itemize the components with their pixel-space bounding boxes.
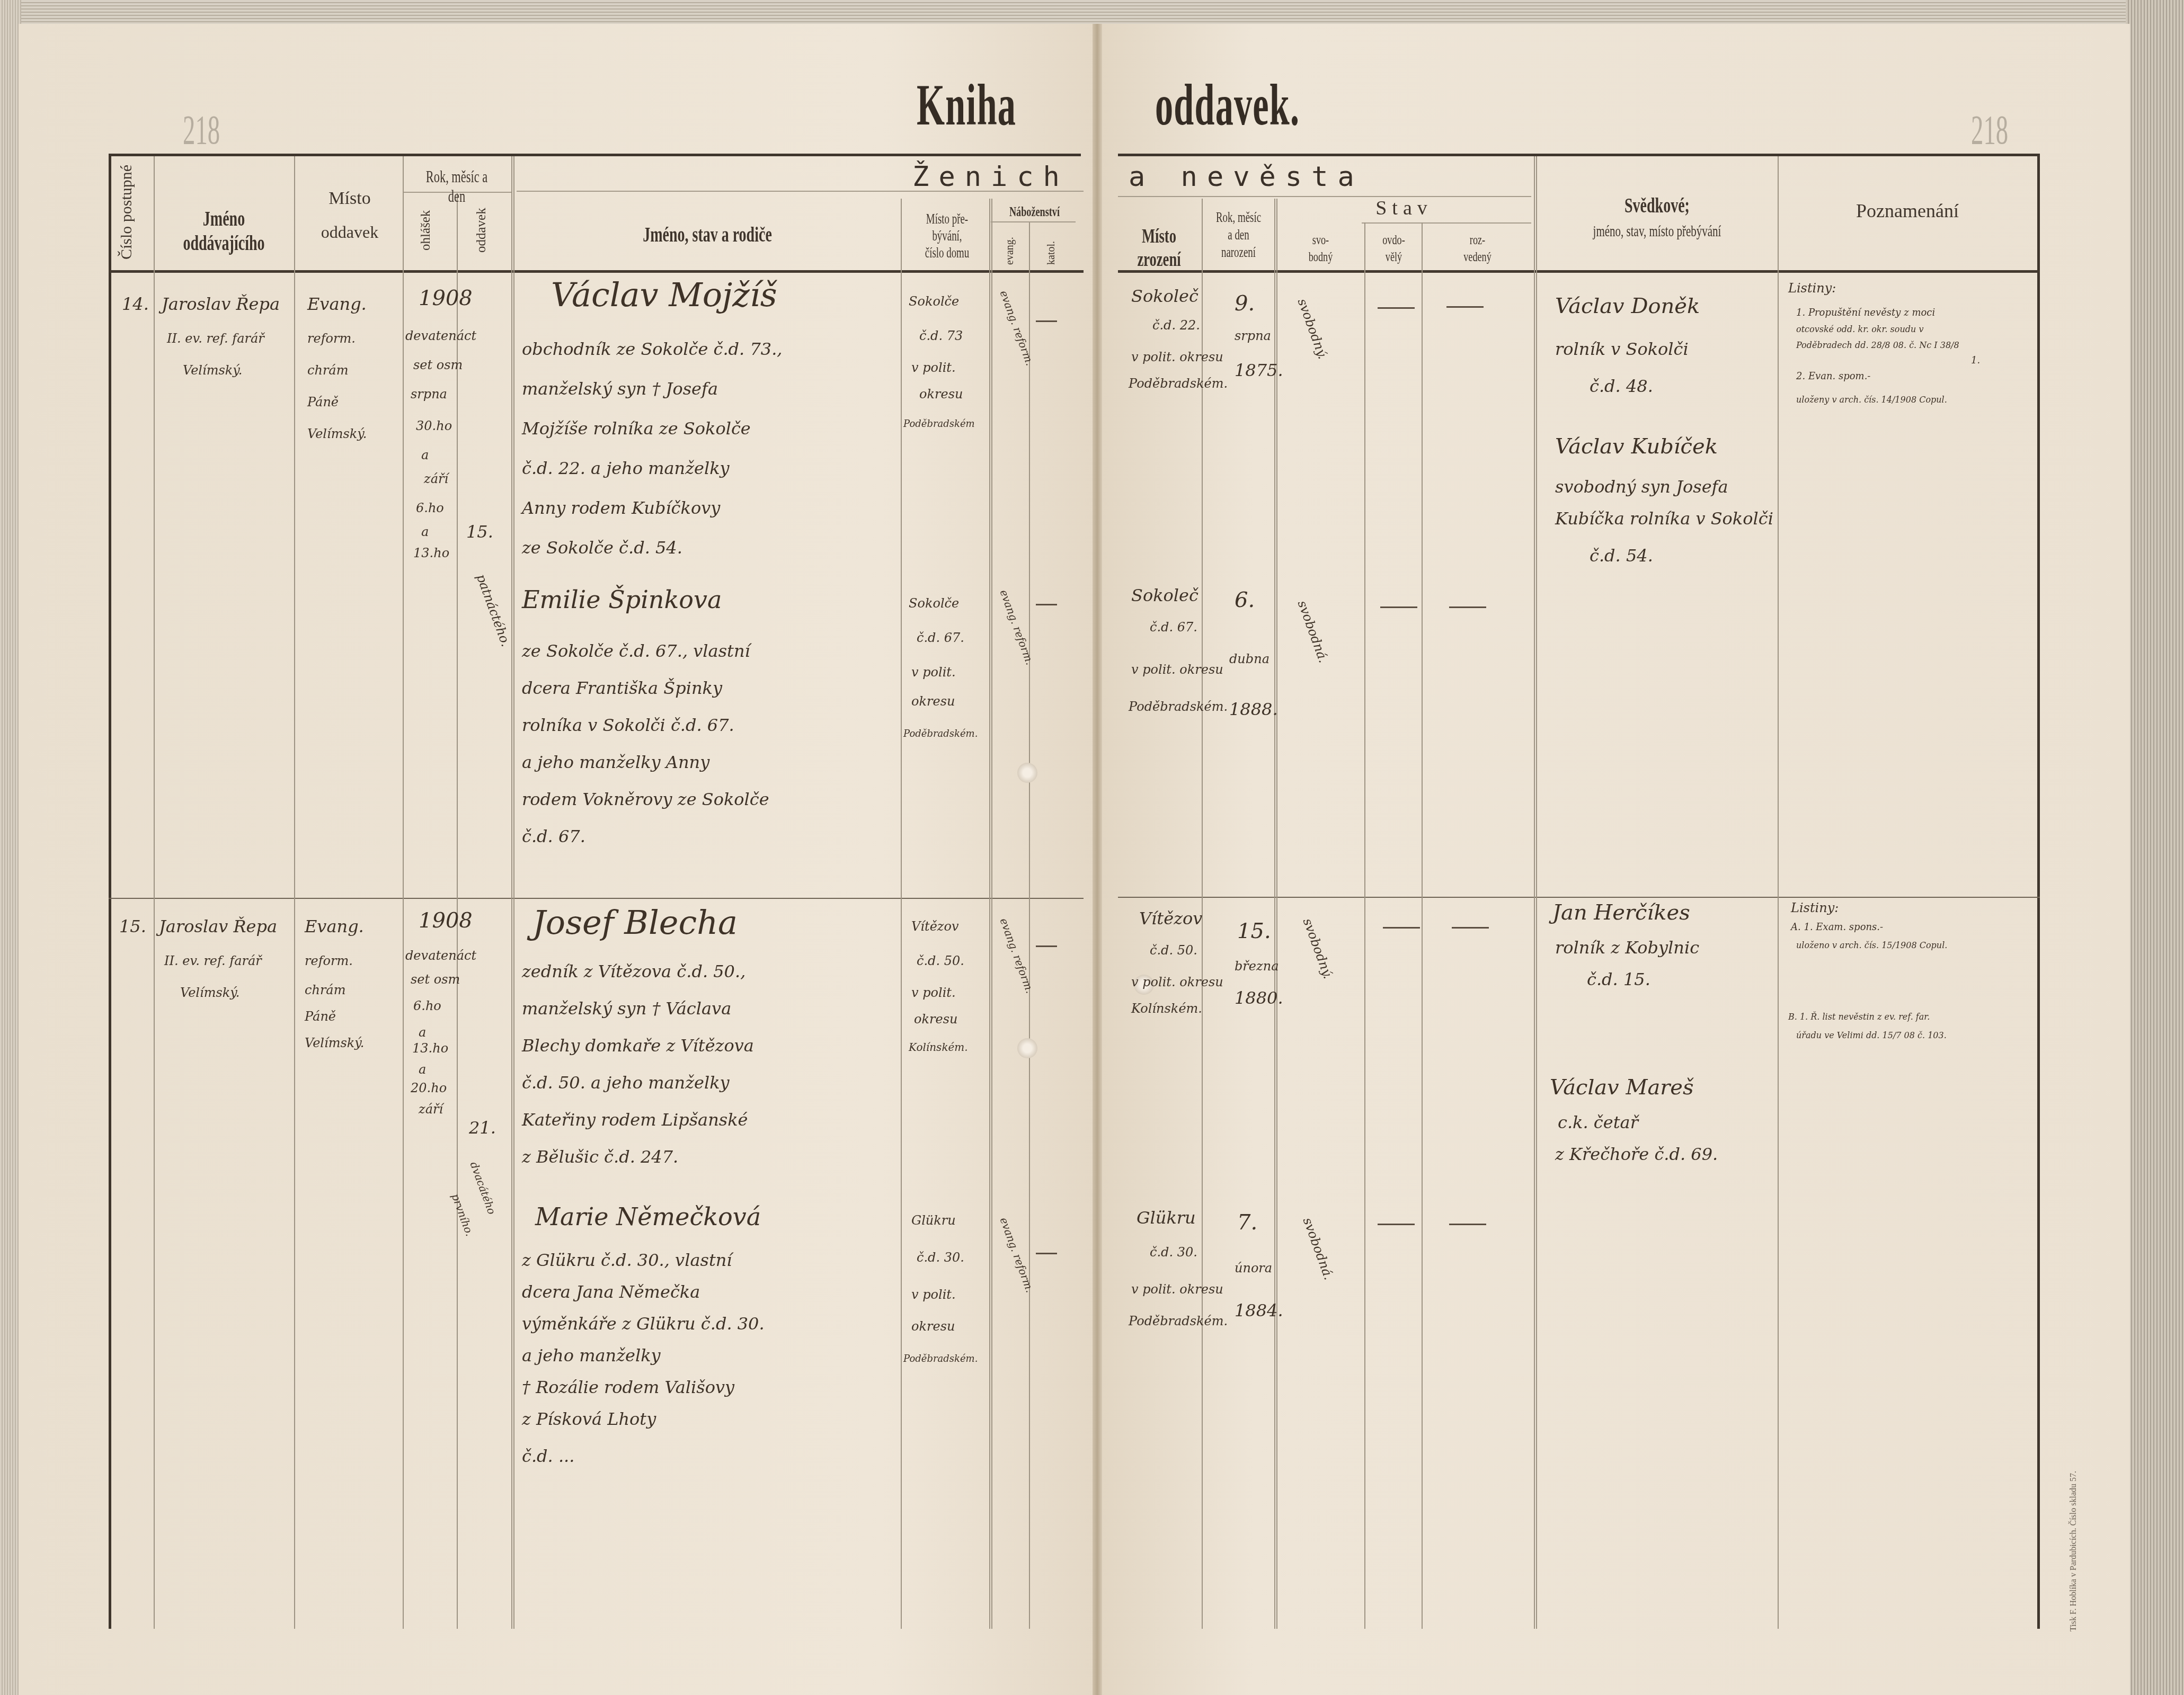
groom-name: Václav Mojžíš <box>551 275 777 314</box>
officiant-place: Velímský. <box>180 985 239 1000</box>
bride-name: Emilie Špinkova <box>522 585 722 614</box>
entry-number: 15. <box>119 916 146 936</box>
header-rok-narozeni-1: Rok, měsíc <box>1213 209 1264 226</box>
banns-date: 20.ho <box>411 1081 447 1095</box>
groom-birthplace: v polit. okresu <box>1131 975 1223 989</box>
entry-divider-left <box>109 898 1084 899</box>
groom-birth-month: srpna <box>1235 328 1271 343</box>
witness-name: Václav Mareš <box>1550 1075 1694 1100</box>
katol-dash <box>1036 320 1057 322</box>
banns-date: 13.ho <box>413 546 449 560</box>
header-ovdovely-1: ovdo- <box>1374 232 1414 248</box>
bride-residence: Poděbradském. <box>903 1353 978 1364</box>
bride-divorced-dash <box>1449 1224 1486 1225</box>
notes-line: uloženo v arch. čís. 15/1908 Copul. <box>1796 940 1947 950</box>
groom-birthplace: Vítězov <box>1139 908 1202 929</box>
col-sep <box>1534 156 1537 1629</box>
bride-birthplace: č.d. 67. <box>1150 620 1197 635</box>
notes-line: otcovské odd. kr. okr. soudu v <box>1796 324 1923 334</box>
groom-birth-year: 1880. <box>1235 988 1283 1008</box>
witness-details: č.d. 15. <box>1587 969 1650 989</box>
book-right-edge <box>2126 0 2184 1695</box>
col-sep <box>1029 222 1030 1629</box>
groom-name: Josef Blecha <box>532 903 738 942</box>
binding-hole <box>1017 763 1037 783</box>
col-sep <box>403 156 404 1629</box>
header-misto-1: Místo <box>297 188 403 209</box>
groom-birth-day: 15. <box>1237 919 1271 943</box>
banns-date: srpna <box>411 387 447 402</box>
bride-details: rodem Vokněrovy ze Sokolče <box>522 789 769 809</box>
witness-details: rolník z Kobylnic <box>1555 938 1699 958</box>
bride-residence: v polit. <box>911 665 956 680</box>
bride-birthplace: Poděbradském. <box>1129 1314 1228 1328</box>
bride-birth-year: 1888. <box>1229 699 1278 719</box>
col-sep <box>1422 222 1423 1629</box>
groom-details: obchodník ze Sokolče č.d. 73., <box>522 339 783 359</box>
bride-details: dcera Františka Špinky <box>522 678 722 698</box>
katol-dash <box>1036 945 1057 947</box>
witness-name: Václav Doněk <box>1555 294 1700 318</box>
bride-birthplace: Poděbradském. <box>1129 699 1228 714</box>
header-misto-prebyvani-3: číslo domu <box>917 245 978 261</box>
bride-details: rolníka v Sokolči č.d. 67. <box>522 715 734 735</box>
bride-birthplace: Sokoleč <box>1131 585 1198 605</box>
header-oddavek: oddavek <box>474 201 489 260</box>
header-ohlasek: ohlášek <box>419 201 433 260</box>
wedding-place: Páně <box>305 1009 336 1024</box>
officiant-name: Jaroslav Řepa <box>159 916 277 936</box>
year: 1908 <box>419 286 473 310</box>
banns-date: září <box>419 1102 443 1117</box>
officiant-name: Jaroslav Řepa <box>162 294 280 314</box>
groom-birth-year: 1875. <box>1235 360 1283 380</box>
banns-date: 30.ho <box>416 418 452 433</box>
bride-birth-day: 7. <box>1237 1210 1257 1235</box>
notes-line: uloženy v arch. čís. 14/1908 Copul. <box>1796 395 1947 405</box>
header-bottom-rule-left <box>109 270 1084 273</box>
groom-details: Kateřiny rodem Lipšanské <box>522 1110 748 1130</box>
header-svobodny-1: svo- <box>1290 232 1352 248</box>
header-rok-narozeni-2: a den <box>1213 227 1264 243</box>
wedding-place: Evang. <box>305 916 364 936</box>
header-oddavajici: Jméno oddávajícího <box>175 207 273 255</box>
witness-details: rolník v Sokolči <box>1555 339 1689 359</box>
groom-residence: č.d. 73 <box>919 328 963 343</box>
groom-details: manželský syn † Václava <box>522 998 731 1019</box>
bride-details: z Písková Lhoty <box>522 1409 656 1429</box>
rule <box>1362 222 1531 224</box>
wedding-place: Velímský. <box>307 426 367 441</box>
header-poznamenani: Poznamenání <box>1780 200 2035 222</box>
banns-date: 13.ho <box>412 1041 448 1056</box>
banns-date: a <box>421 524 429 539</box>
header-rok-mesic-den: Rok, měsíc a den <box>420 167 494 206</box>
header-misto-prebyvani-1: Místo pře- <box>917 211 978 227</box>
header-jmeno-stav-rodice: Jméno, stav a rodiče <box>583 222 832 247</box>
header-misto-2: oddavek <box>297 222 403 242</box>
header-svedkove: Svědkové; <box>1573 193 1742 218</box>
officiant-place: Velímský. <box>183 363 242 378</box>
printer-imprint: Tisk F. Hoblíka v Pardubicích. Číslo skl… <box>2069 1409 2079 1631</box>
bride-residence: č.d. 67. <box>917 630 964 645</box>
year-words: set osm <box>413 358 463 372</box>
rule <box>991 221 1076 222</box>
header-cislo: Číslo postupné <box>118 159 136 265</box>
groom-details: ze Sokolče č.d. 54. <box>522 538 682 558</box>
notes-line: Poděbradech dd. 28/8 08. č. Nc I 38/8 <box>1796 340 1959 350</box>
witness-name: Václav Kubíček <box>1555 434 1718 459</box>
notes-line: Listiny: <box>1791 900 1839 915</box>
notes-line: 1. <box>1971 355 1980 366</box>
book-left-edge <box>0 0 21 1695</box>
entry-divider-right <box>1118 897 2040 898</box>
header-rok-narozeni-3: narození <box>1213 244 1264 261</box>
banns-date: a <box>419 1025 426 1040</box>
groom-residence: č.d. 50. <box>917 953 964 968</box>
notes-line: Listiny: <box>1788 281 1836 296</box>
bride-residence: č.d. 30. <box>917 1250 964 1265</box>
banns-date: září <box>424 471 448 486</box>
witness-details: svobodný syn Josefa <box>1555 477 1728 497</box>
groom-residence: okresu <box>919 387 963 402</box>
header-zenich: Ženich <box>895 162 1086 193</box>
groom-birthplace: Kolínském. <box>1131 1001 1202 1016</box>
header-stav: Stav <box>1277 197 1531 220</box>
header-ovdovely-2: vělý <box>1374 249 1414 265</box>
book-top-edge <box>11 0 2142 26</box>
witness-name: Jan Herčíkes <box>1552 900 1690 925</box>
groom-details: Blechy domkaře z Vítězova <box>522 1036 754 1056</box>
bride-name: Marie Němečková <box>535 1202 761 1231</box>
year-words: set osm <box>411 972 460 987</box>
groom-birthplace: v polit. okresu <box>1131 350 1223 364</box>
officiant-title: II. ev. ref. farář <box>164 953 262 968</box>
wedding-place: reform. <box>307 331 356 346</box>
bride-details: dcera Jana Němečka <box>522 1282 700 1302</box>
bride-residence: Glükru <box>911 1213 956 1228</box>
col-sep <box>989 199 992 1629</box>
notes-line: A. 1. Exam. spons.- <box>1791 922 1883 933</box>
wedding-day: 21. <box>469 1118 496 1138</box>
groom-details: č.d. 22. a jeho manželky <box>522 458 730 478</box>
notes-line: 1. Propuštění nevěsty z moci <box>1796 307 1935 318</box>
header-rozvedeny-2: vedený <box>1440 249 1516 265</box>
year-words: devatenáct <box>405 328 476 343</box>
katol-dash <box>1036 1253 1057 1254</box>
groom-residence: Kolínském. <box>909 1041 968 1054</box>
col-sep <box>1274 199 1277 1629</box>
header-bottom-rule-right <box>1118 270 2040 273</box>
groom-widowed-dash <box>1378 307 1415 309</box>
bride-widowed-dash <box>1378 1224 1415 1225</box>
banns-date: a <box>421 448 429 462</box>
bride-details: a jeho manželky Anny <box>522 752 709 772</box>
bride-birth-day: 6. <box>1235 588 1255 612</box>
katol-dash <box>1036 604 1057 605</box>
bride-residence: Sokolče <box>909 596 959 611</box>
groom-residence: Poděbradském <box>903 418 975 430</box>
wedding-place: Velímský. <box>305 1036 364 1050</box>
wedding-place: chrám <box>307 363 348 378</box>
wedding-place: chrám <box>305 983 345 997</box>
wedding-day: 15. <box>466 522 493 542</box>
col-sep <box>901 199 902 1629</box>
groom-details: manželský syn † Josefa <box>522 379 718 399</box>
header-misto-prebyvani-2: bývání, <box>917 228 978 244</box>
header-katol: katol. <box>1045 233 1058 265</box>
groom-birth-day: 9. <box>1235 291 1255 316</box>
bride-widowed-dash <box>1380 606 1417 608</box>
groom-details: z Bělušic č.d. 247. <box>522 1147 678 1167</box>
col-sep <box>294 156 295 1629</box>
wedding-place: reform. <box>305 953 353 968</box>
bride-divorced-dash <box>1449 606 1486 608</box>
header-evang: evang. <box>1004 233 1016 265</box>
bride-details: ze Sokolče č.d. 67., vlastní <box>522 641 750 661</box>
notes-line: úřadu ve Velimi dd. 15/7 08 č. 103. <box>1796 1030 1947 1040</box>
groom-birthplace: Poděbradském. <box>1129 376 1228 391</box>
bride-details: č.d. 67. <box>522 826 585 846</box>
notes-line: 2. Evan. spom.- <box>1796 371 1870 382</box>
groom-birth-month: března <box>1235 959 1279 974</box>
groom-divorced-dash <box>1452 927 1489 929</box>
wedding-place: Páně <box>307 395 339 409</box>
year: 1908 <box>419 908 473 933</box>
groom-birthplace: Sokoleč <box>1131 286 1198 306</box>
entry-number: 14. <box>122 294 149 314</box>
groom-residence: Vítězov <box>911 919 959 934</box>
col-sep <box>1778 156 1779 1629</box>
witness-details: z Křečhoře č.d. 69. <box>1555 1144 1718 1164</box>
bride-birth-month: února <box>1235 1261 1272 1275</box>
bride-birthplace: v polit. okresu <box>1131 1282 1223 1297</box>
header-svobodny-2: bodný <box>1290 249 1352 265</box>
col-sep <box>154 156 155 1629</box>
groom-residence: okresu <box>914 1012 957 1027</box>
bride-details: výměnkáře z Glükru č.d. 30. <box>522 1314 765 1334</box>
notes-line: B. 1. Ř. list nevěstin z ev. ref. far. <box>1788 1012 1930 1022</box>
header-misto-zrozeni: Místo zrození <box>1129 225 1190 271</box>
bride-birth-year: 1884. <box>1235 1300 1283 1321</box>
groom-details: Mojžíše rolníka ze Sokolče <box>522 418 751 439</box>
groom-residence: v polit. <box>911 360 956 375</box>
banns-date: a <box>419 1062 426 1077</box>
bride-residence: okresu <box>911 1319 955 1334</box>
witness-details: č.d. 48. <box>1590 376 1653 396</box>
bride-birthplace: Glükru <box>1137 1208 1196 1228</box>
groom-details: č.d. 50. a jeho manželky <box>522 1073 730 1093</box>
title-left: Kniha <box>917 72 1016 139</box>
book-gutter <box>1093 24 1102 1695</box>
bride-details: z Glükru č.d. 30., vlastní <box>522 1250 732 1270</box>
banns-date: 6.ho <box>416 501 444 515</box>
col-sep <box>1364 222 1365 1629</box>
header-svedkove-sub: jméno, stav, místo přebývání <box>1573 222 1742 241</box>
bride-residence: Poděbradském. <box>903 728 978 739</box>
bride-residence: v polit. <box>911 1287 956 1302</box>
col-sep <box>511 156 514 1629</box>
bride-birthplace: v polit. okresu <box>1131 662 1223 677</box>
groom-birthplace: č.d. 22. <box>1152 318 1200 333</box>
groom-widowed-dash <box>1383 927 1420 929</box>
witness-details: Kubíčka rolníka v Sokolči <box>1555 508 1773 529</box>
header-nabozenstvi: Náboženství <box>1004 204 1066 220</box>
binding-hole <box>1017 1038 1037 1058</box>
page-number-right: 218 <box>1971 106 2008 154</box>
page-number-left: 218 <box>183 106 220 154</box>
groom-details: zedník z Vítězova č.d. 50., <box>522 961 745 982</box>
bride-birthplace: č.d. 30. <box>1150 1245 1197 1260</box>
groom-residence: v polit. <box>911 985 956 1000</box>
bride-details: č.d. ... <box>522 1446 574 1466</box>
groom-residence: Sokolče <box>909 294 959 309</box>
banns-date: 6.ho <box>413 998 441 1013</box>
bride-birth-month: dubna <box>1229 652 1269 666</box>
groom-divorced-dash <box>1446 306 1484 308</box>
groom-details: Anny rodem Kubíčkovy <box>522 498 720 518</box>
wedding-place: Evang. <box>307 294 367 314</box>
witness-details: č.d. 54. <box>1590 546 1653 566</box>
header-rozvedeny-1: roz- <box>1440 232 1516 248</box>
title-right: oddavek. <box>1155 72 1300 139</box>
bride-details: a jeho manželky <box>522 1345 661 1366</box>
bride-details: † Rozálie rodem Vališovy <box>522 1377 734 1397</box>
year-words: devatenáct <box>405 948 476 963</box>
witness-details: c.k. četař <box>1558 1112 1638 1132</box>
officiant-title: II. ev. ref. farář <box>167 331 264 346</box>
header-a-nevesta: a nevěsta <box>1129 162 1404 193</box>
groom-birthplace: č.d. 50. <box>1150 943 1197 958</box>
bride-residence: okresu <box>911 694 955 709</box>
